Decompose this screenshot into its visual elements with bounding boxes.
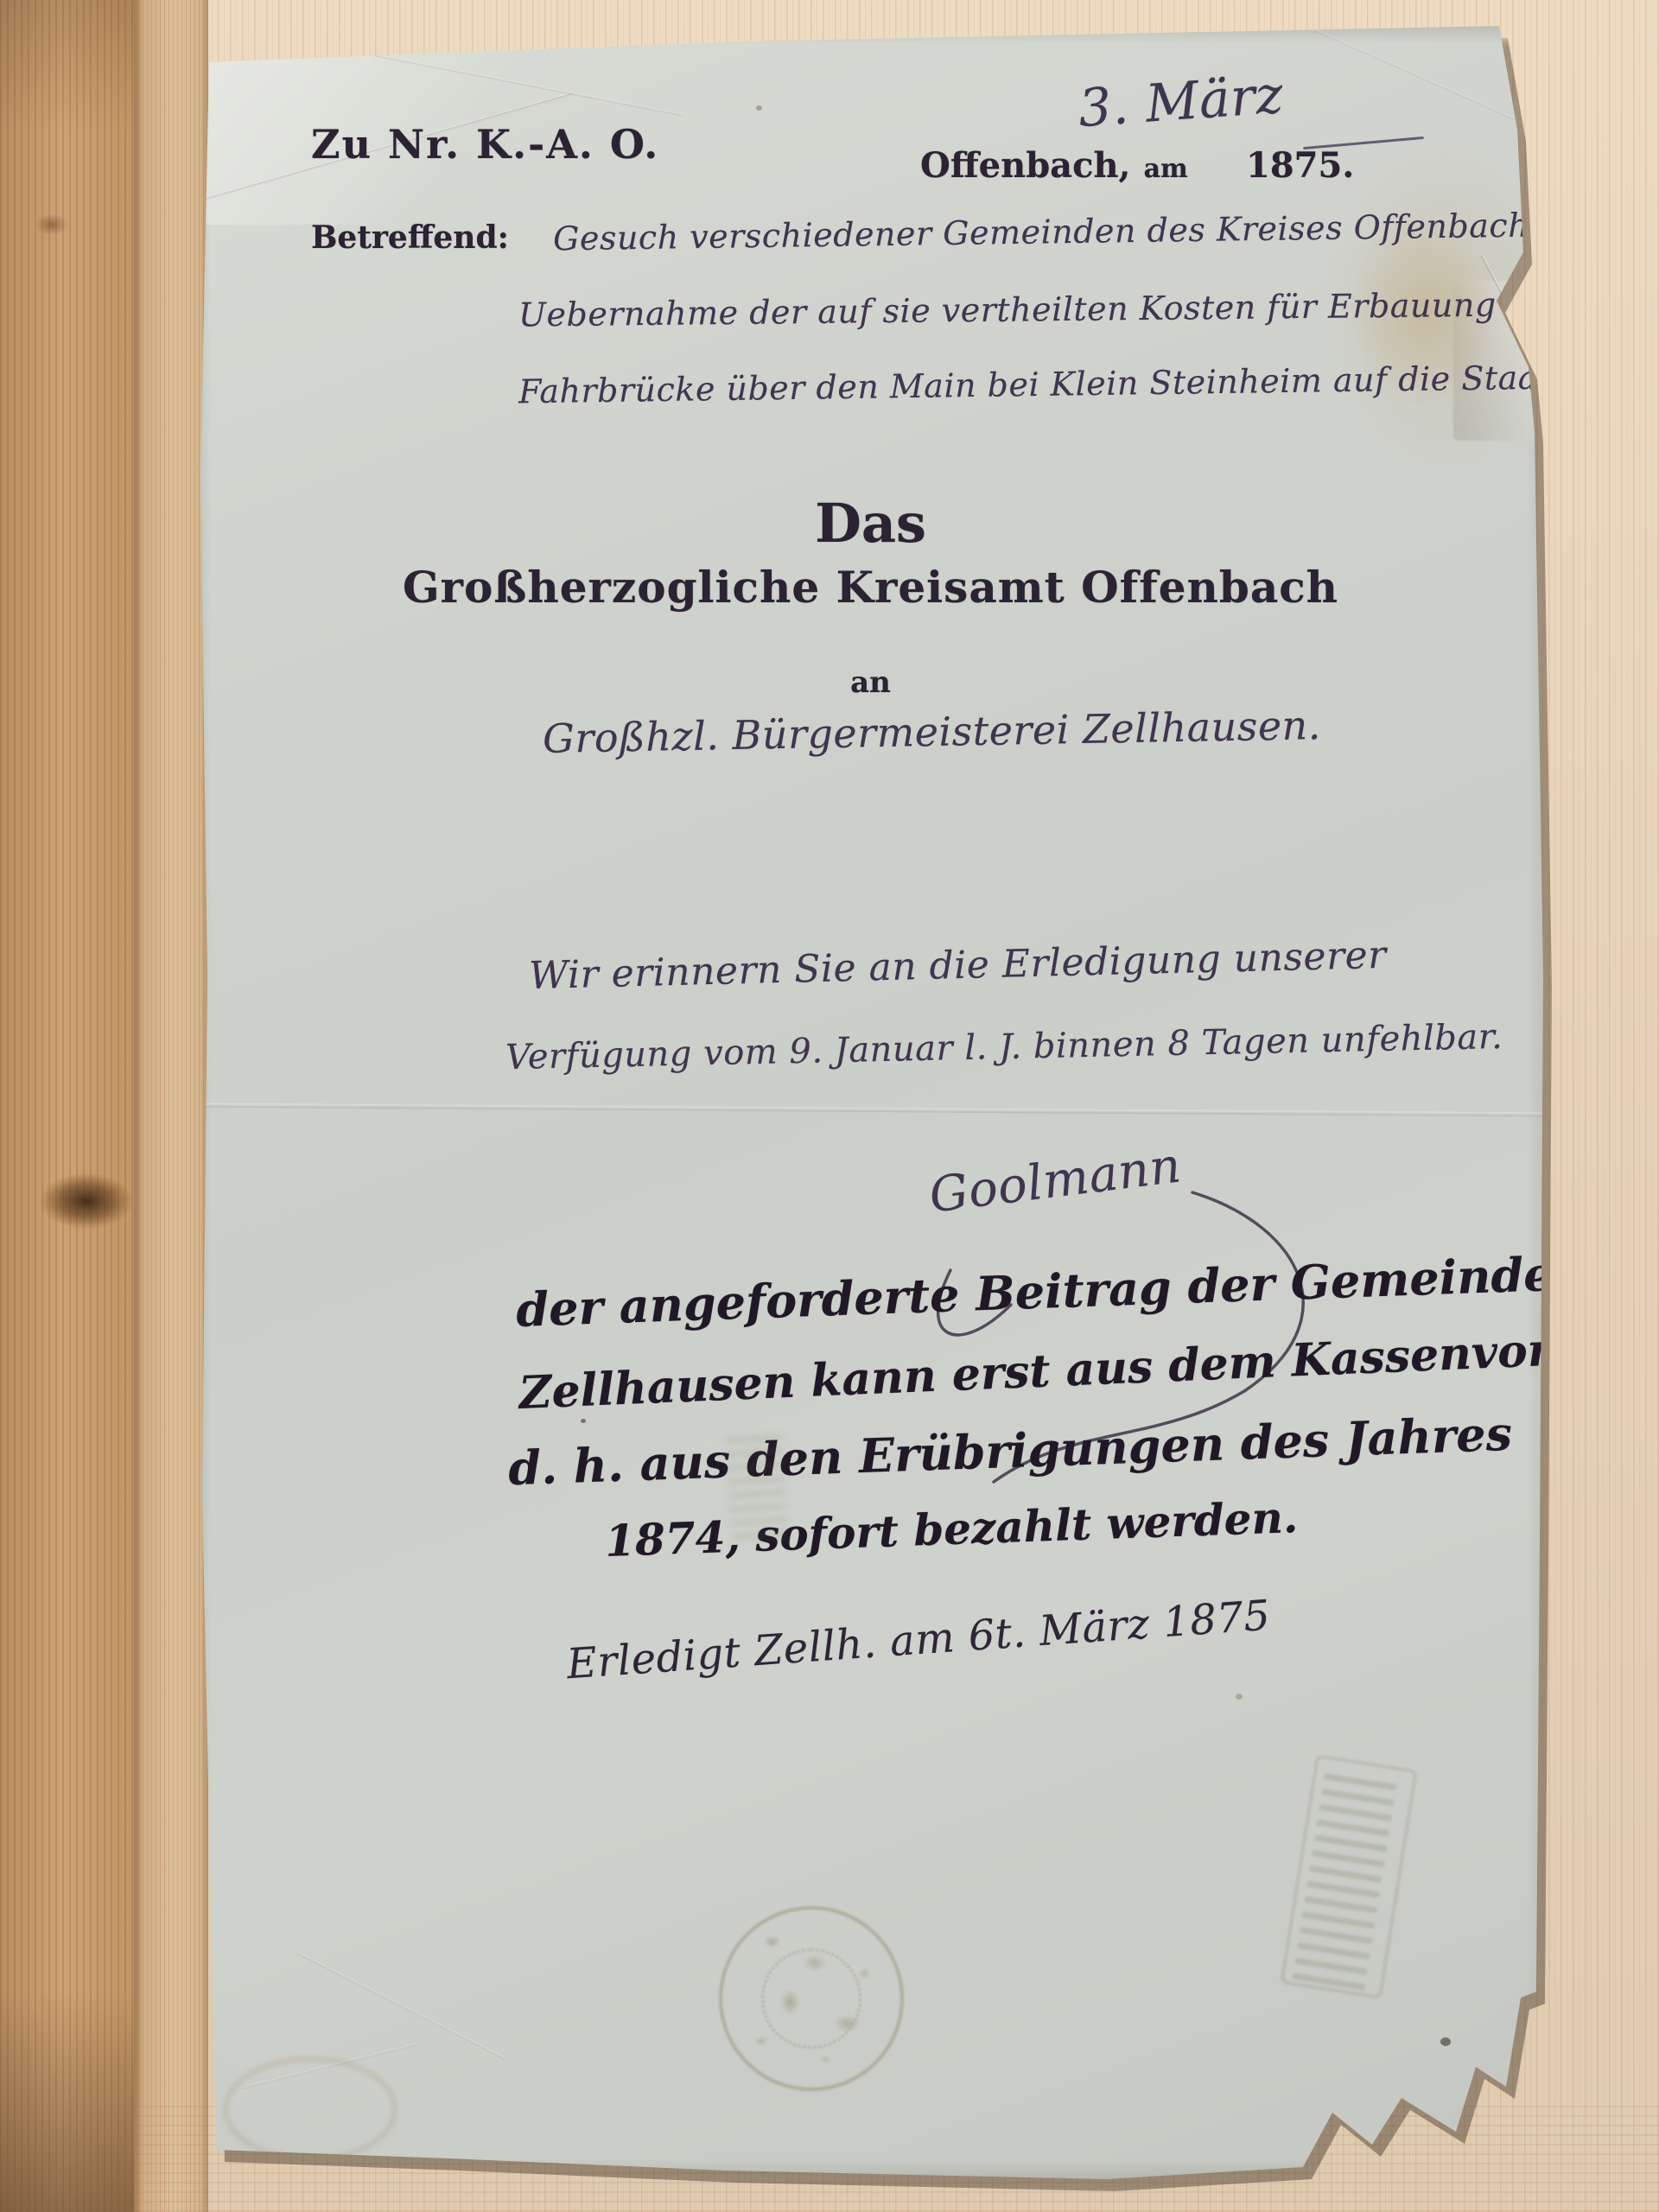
- letterhead-office: Großherzogliche Kreisamt Offenbach: [190, 563, 1551, 611]
- foxing-spot: [1236, 1694, 1243, 1700]
- letterhead-an: an: [190, 667, 1551, 699]
- letterhead-das: Das: [190, 494, 1551, 553]
- body-line: Verfügung vom 9. Januar l. J. binnen 8 T…: [505, 1018, 1503, 1077]
- fold-crease-middle: [190, 1103, 1551, 1117]
- crease: [1314, 29, 1529, 126]
- year-label: 1875.: [1246, 147, 1354, 185]
- body-line: Wir erinnern Sie an die Erledigung unser…: [529, 935, 1388, 998]
- reply-line: 1874, sofort bezahlt werden.: [604, 1493, 1299, 1565]
- stamp-ghost-impression: [724, 1426, 789, 1540]
- place-label: Offenbach,: [920, 145, 1130, 186]
- rect-stamp: [1281, 1754, 1417, 1999]
- ref-number-label: Zu Nr. K.-A. O.: [311, 123, 659, 167]
- circular-stamp: [719, 1906, 904, 2091]
- am-label: am: [1144, 154, 1188, 184]
- photo-of-document: Zu Nr. K.-A. O. Offenbach, am 3. März 18…: [0, 0, 1659, 2212]
- document-paper: Zu Nr. K.-A. O. Offenbach, am 3. März 18…: [190, 26, 1551, 2186]
- foxing-spot: [756, 105, 762, 111]
- dateline: Offenbach, am: [920, 147, 1188, 185]
- crease: [297, 1952, 506, 2060]
- ink-spot: [581, 1419, 586, 1423]
- torn-corner-speck: [1440, 2037, 1451, 2046]
- pine-board: [0, 0, 137, 2212]
- recipient-line: Großhzl. Bürgermeisterei Zellhausen.: [543, 703, 1322, 760]
- erledigt-note: Erledigt Zellh. am 6t. März 1875: [565, 1593, 1272, 1688]
- stain-ring: [223, 2056, 397, 2162]
- betreffend-label: Betreffend:: [311, 221, 509, 256]
- beech-board: [134, 0, 208, 2212]
- handwritten-date: 3. März: [1077, 67, 1285, 137]
